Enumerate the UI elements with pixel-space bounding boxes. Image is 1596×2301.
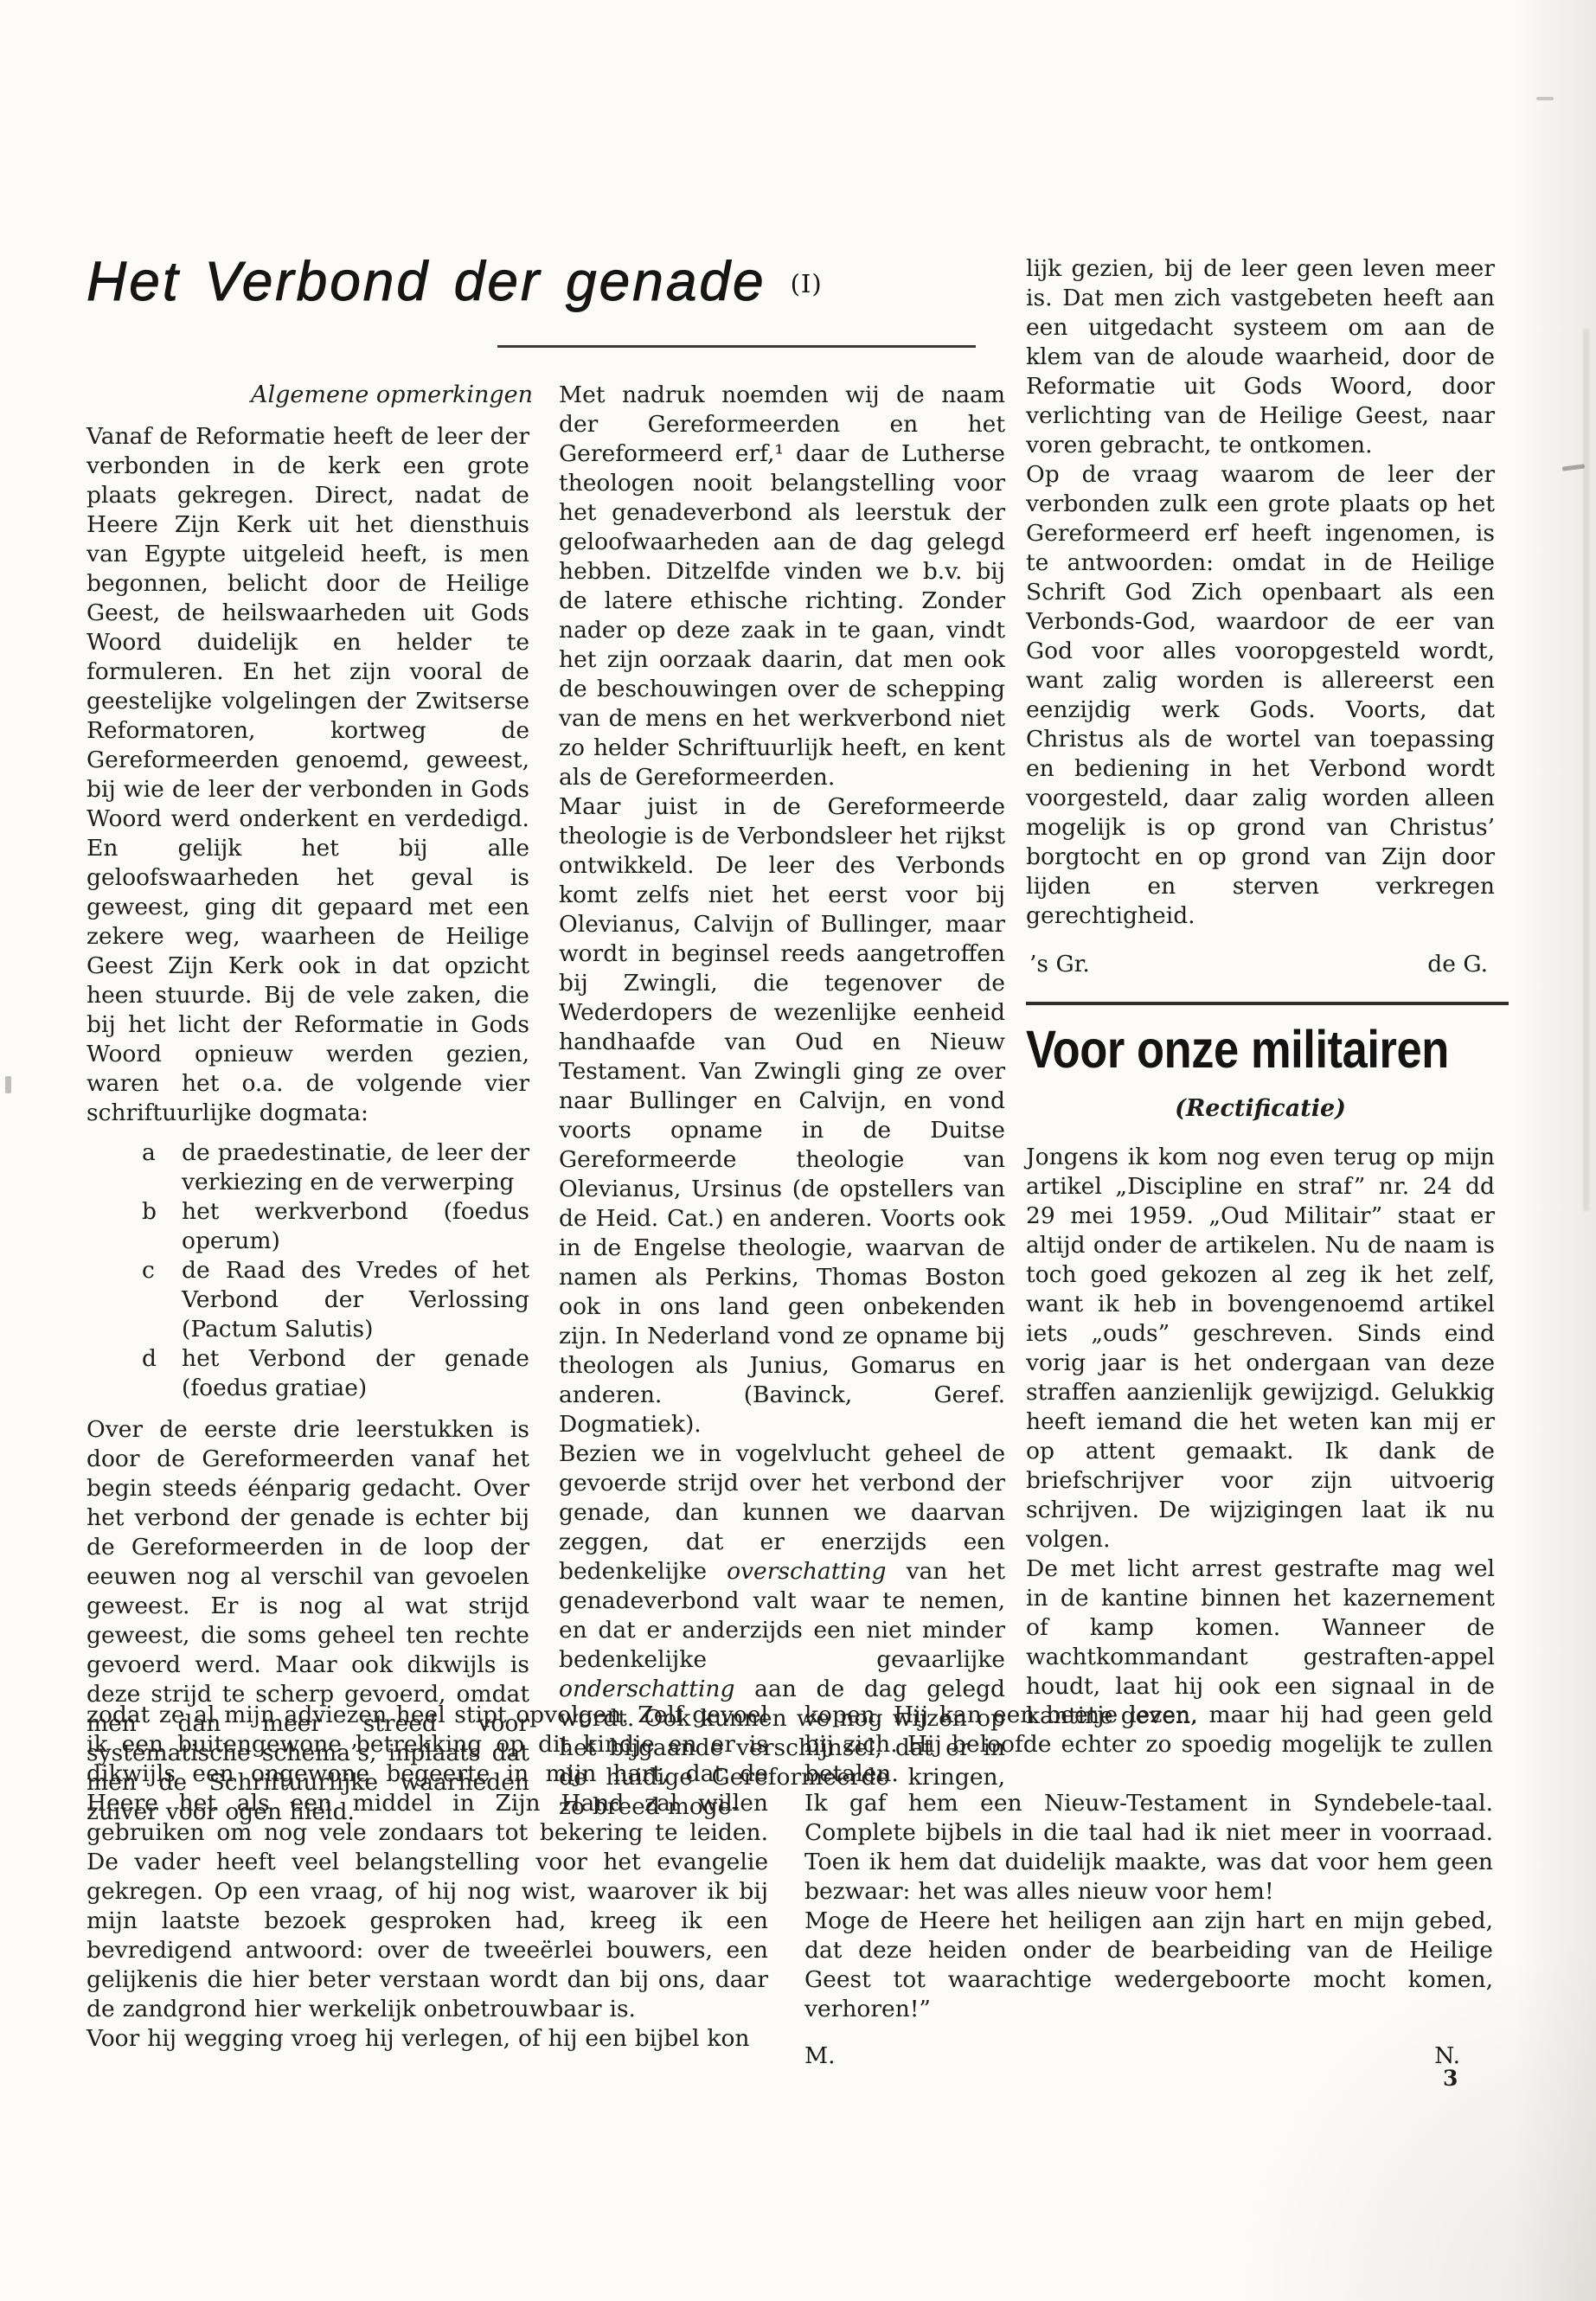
list-item: dhet Verbond der genade (foedus gratiae) xyxy=(87,1344,529,1403)
title-underline xyxy=(497,345,976,348)
list-item: ade praedestinatie, de leer der verkiezi… xyxy=(87,1138,529,1197)
paragraph-bottom-right-1: kopen. Hij kan een beetje lezen, maar hi… xyxy=(804,1701,1493,1789)
list-item: cde Raad des Vredes of het Verbond der V… xyxy=(87,1256,529,1344)
scan-speck xyxy=(1536,97,1554,100)
list-item-label: c xyxy=(142,1256,155,1285)
emphasized-word: overschatting xyxy=(727,1558,886,1585)
bottom-right-column: kopen. Hij kan een beetje lezen, maar hi… xyxy=(804,1701,1493,2071)
signature-letter-m: M. xyxy=(804,2041,836,2071)
list-item-label: d xyxy=(142,1344,157,1374)
article2-top-rule xyxy=(1026,1002,1509,1005)
scan-speck xyxy=(5,1076,11,1093)
bottom-left-column: zodat ze al mijn adviezen heel stipt opv… xyxy=(87,1701,768,2054)
signature-place: ’s Gr. xyxy=(1029,950,1090,979)
paragraph-col3-2: Op de vraag waarom de leer der verbonden… xyxy=(1026,460,1495,931)
paragraph-col3-1: lijk gezien, bij de leer geen leven meer… xyxy=(1026,254,1495,460)
paragraph-bottom-left-1: zodat ze al mijn adviezen heel stipt opv… xyxy=(87,1701,768,2024)
paragraph-col2-2: Maar juist in de Gereformeerde theologie… xyxy=(559,792,1005,1439)
scan-speck xyxy=(1562,464,1585,471)
column-2: Met nadruk noemden wij de naam der Geref… xyxy=(559,381,1005,1822)
list-item-text: het Verbond der genade (foedus gratiae) xyxy=(182,1345,529,1401)
paragraph-bottom-left-2: Voor hij wegging vroeg hij verlegen, of … xyxy=(87,2024,768,2054)
signature-author: de G. xyxy=(1427,950,1488,979)
article1-signature-row: ’s Gr. de G. xyxy=(1026,950,1495,979)
list-item-text: de Raad des Vredes of het Verbond der Ve… xyxy=(182,1257,529,1343)
dogmata-list: ade praedestinatie, de leer der verkiezi… xyxy=(87,1138,529,1403)
list-item: bhet werkverbond (foedus operum) xyxy=(87,1197,529,1256)
letter-signature-row: M. N. xyxy=(804,2041,1493,2071)
article1-title-part-number: (I) xyxy=(791,269,823,298)
page-number: 3 xyxy=(1443,2066,1458,2091)
article2-subtitle: (Rectificatie) xyxy=(1026,1095,1495,1122)
paragraph-article2-1: Jongens ik kom nog even terug op mijn ar… xyxy=(1026,1143,1495,1554)
list-item-text: het werkverbond (foedus operum) xyxy=(182,1198,529,1254)
list-item-text: de praedestinatie, de leer der verkiezin… xyxy=(182,1139,529,1195)
emphasized-word: onderschatting xyxy=(559,1676,734,1702)
article1-title: Het Verbond der genade(I) xyxy=(87,249,823,313)
scan-streak xyxy=(1583,329,1589,1211)
article1-subheading: Algemene opmerkingen xyxy=(87,381,529,410)
column-3: lijk gezien, bij de leer geen leven meer… xyxy=(1026,254,1495,1731)
paragraph-bottom-right-2: Ik gaf hem een Nieuw-Testament in Syndeb… xyxy=(804,1789,1493,1907)
paragraph-bottom-right-3: Moge de Heere het heiligen aan zijn hart… xyxy=(804,1907,1493,2024)
magazine-page: Het Verbond der genade(I) Algemene opmer… xyxy=(0,0,1596,2301)
article1-title-text: Het Verbond der genade xyxy=(87,250,766,312)
paragraph-col2-1: Met nadruk noemden wij de naam der Geref… xyxy=(559,381,1005,792)
list-item-label: b xyxy=(142,1197,157,1227)
column-1: Algemene opmerkingen Vanaf de Reformatie… xyxy=(87,381,529,1827)
list-item-label: a xyxy=(142,1138,156,1168)
paragraph-col1-intro: Vanaf de Reformatie heeft de leer der ve… xyxy=(87,422,529,1128)
article2-title: Voor onze militairen xyxy=(1026,1021,1429,1078)
